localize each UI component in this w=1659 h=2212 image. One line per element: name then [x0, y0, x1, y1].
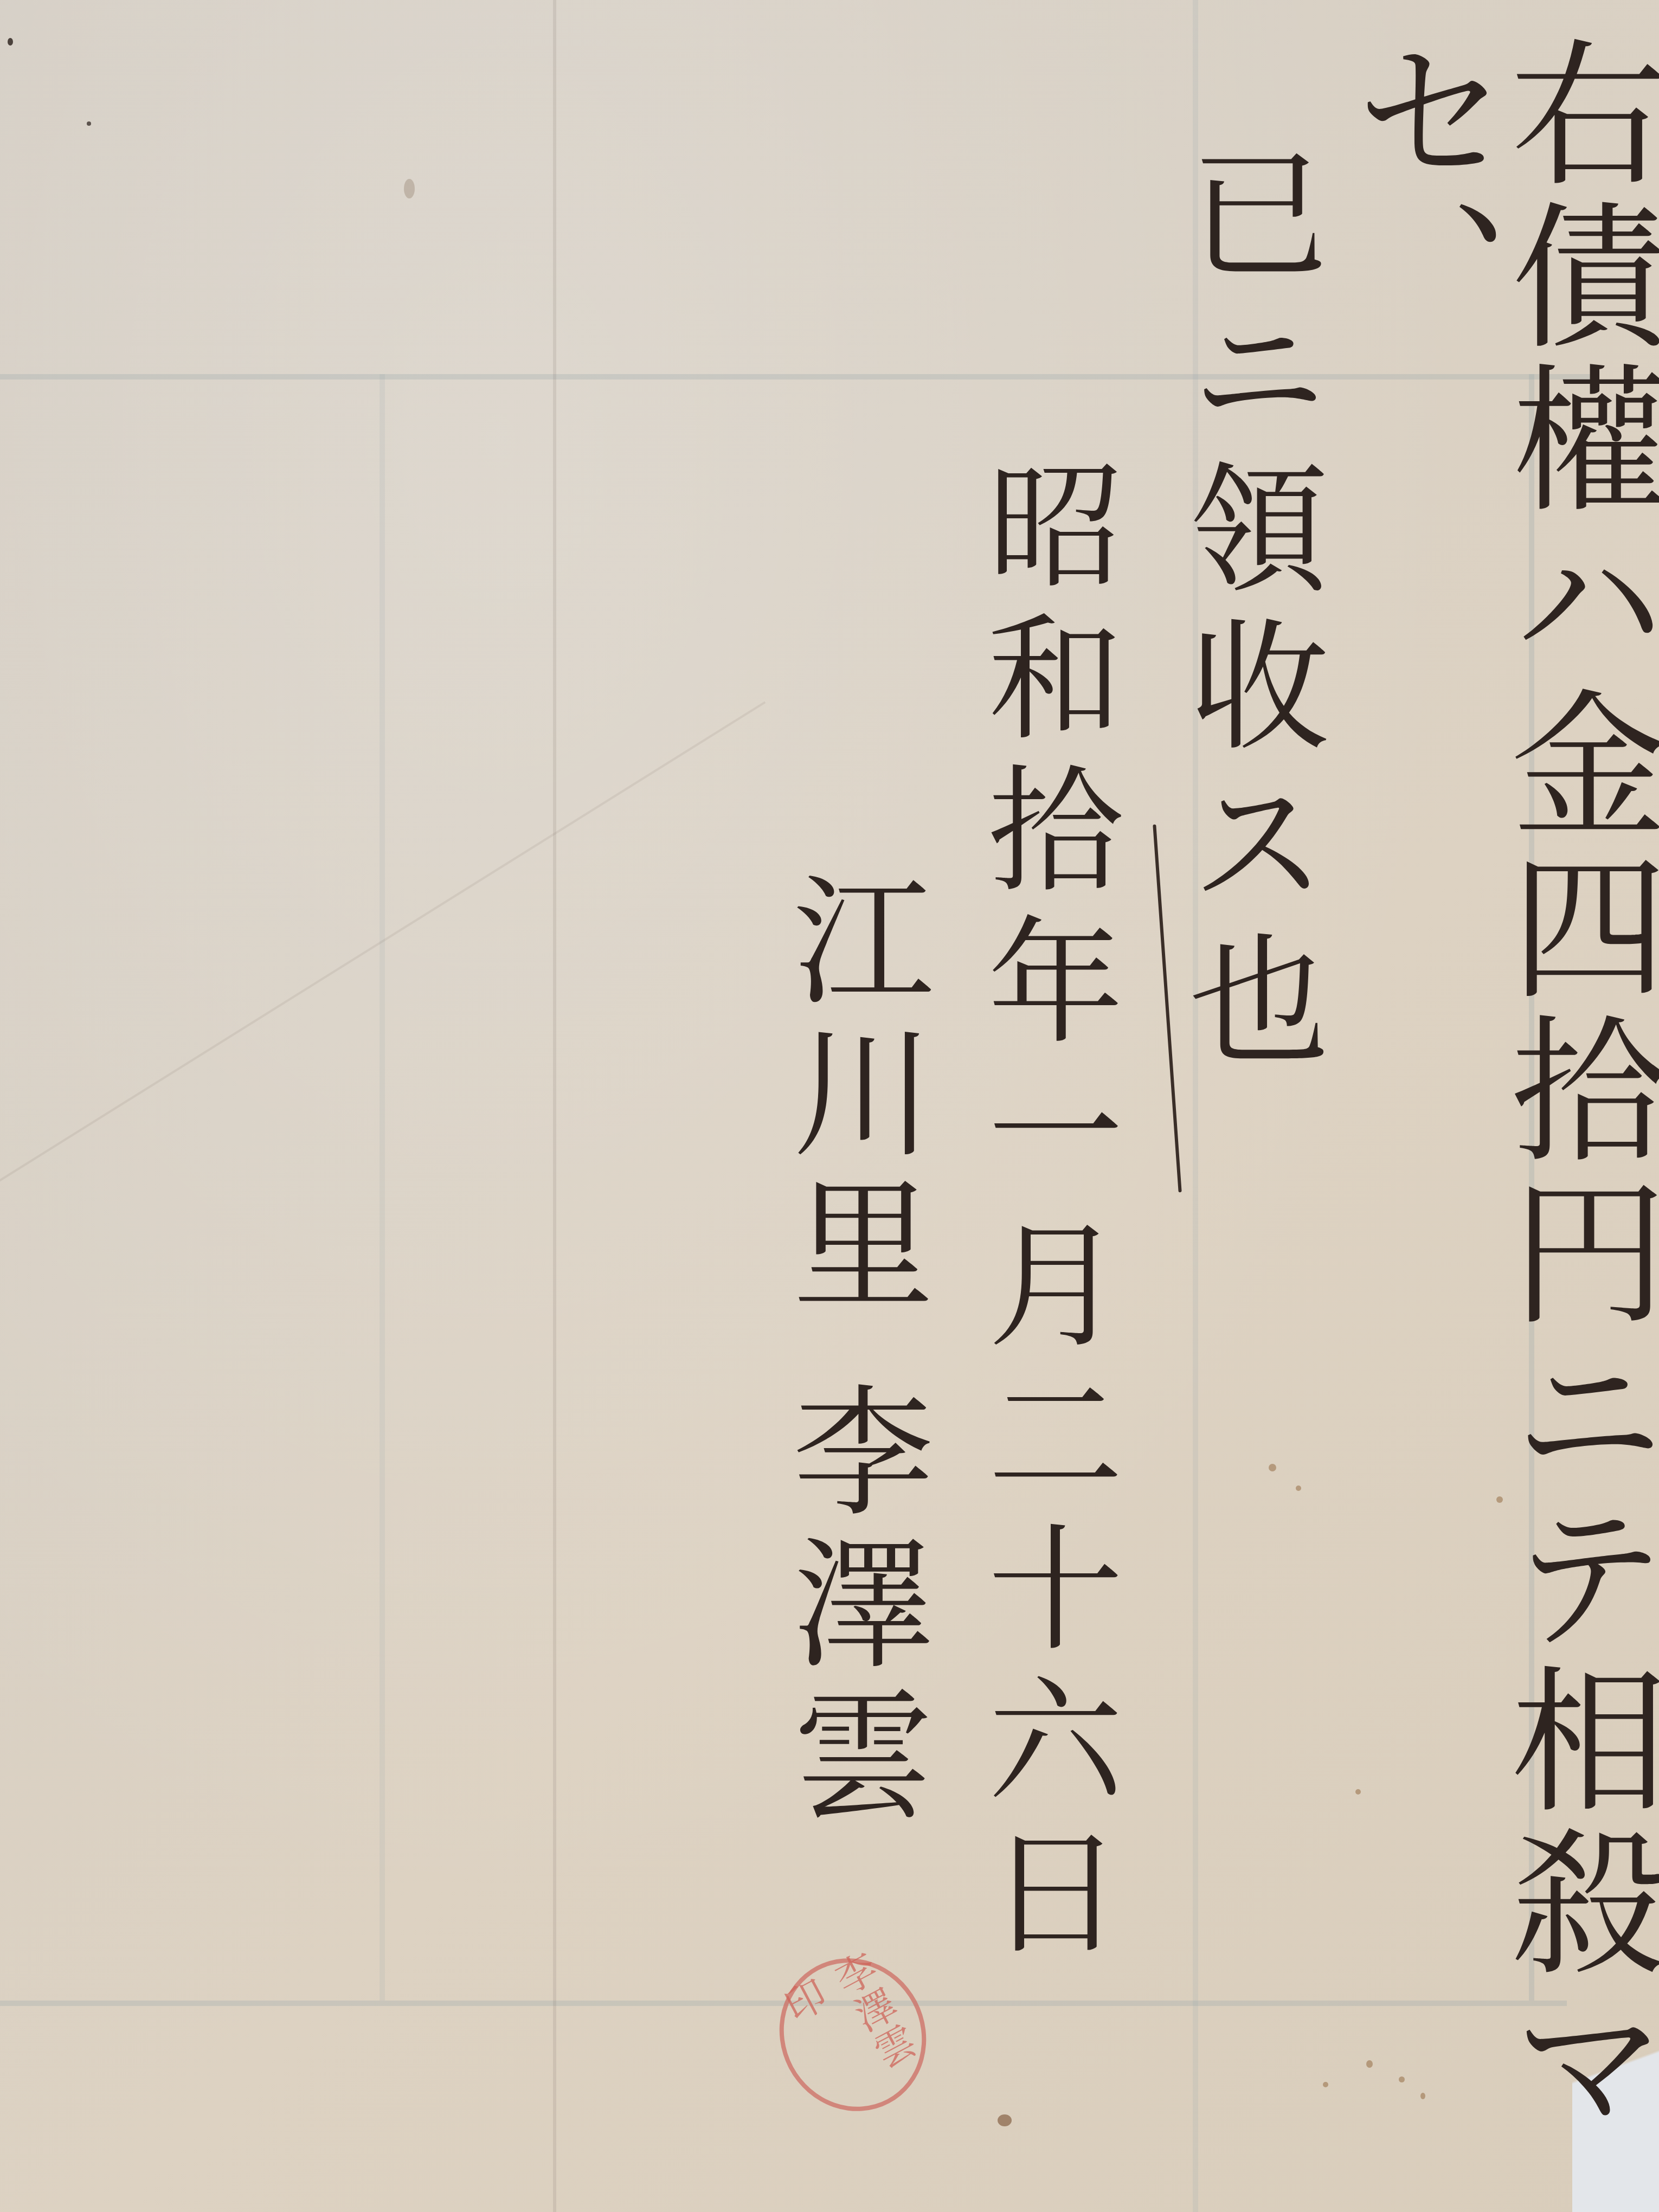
handwritten-column-1: 右債權ハ金四拾円ニテ相殺マセ、 [1339, 33, 1654, 2212]
foxing-spot [8, 38, 13, 46]
red-seal-stamp: 李澤雲印 [753, 1932, 953, 2137]
foxing-spot [1296, 1486, 1301, 1491]
foxing-spot [1355, 1789, 1361, 1795]
foxing-spot [404, 179, 415, 198]
show-through-print [770, 596, 840, 694]
foxing-spot [1323, 2082, 1328, 2087]
foxing-spot [1366, 2060, 1373, 2068]
handwritten-column-2: 已ニ領收ス也 [1176, 141, 1317, 1084]
seal-text: 李澤雲印 [768, 1943, 938, 2126]
paper-fold-vertical [553, 0, 556, 2212]
signature-column: 江川里 李澤雲 [781, 867, 922, 1834]
document-paper: 右債權ハ金四拾円ニテ相殺マセ、 已ニ領收ス也 昭和拾年一月二十六日 江川里 李澤… [0, 0, 1659, 2212]
foxing-spot [1269, 1464, 1276, 1471]
foxing-spot [998, 2114, 1012, 2126]
date-column: 昭和拾年一月二十六日 [976, 455, 1111, 1973]
foxing-spot [1420, 2093, 1425, 2099]
foxing-spot [1399, 2076, 1405, 2082]
foxing-spot [87, 121, 91, 126]
form-divider-2 [380, 374, 385, 2001]
foxing-spot [1496, 1496, 1503, 1503]
